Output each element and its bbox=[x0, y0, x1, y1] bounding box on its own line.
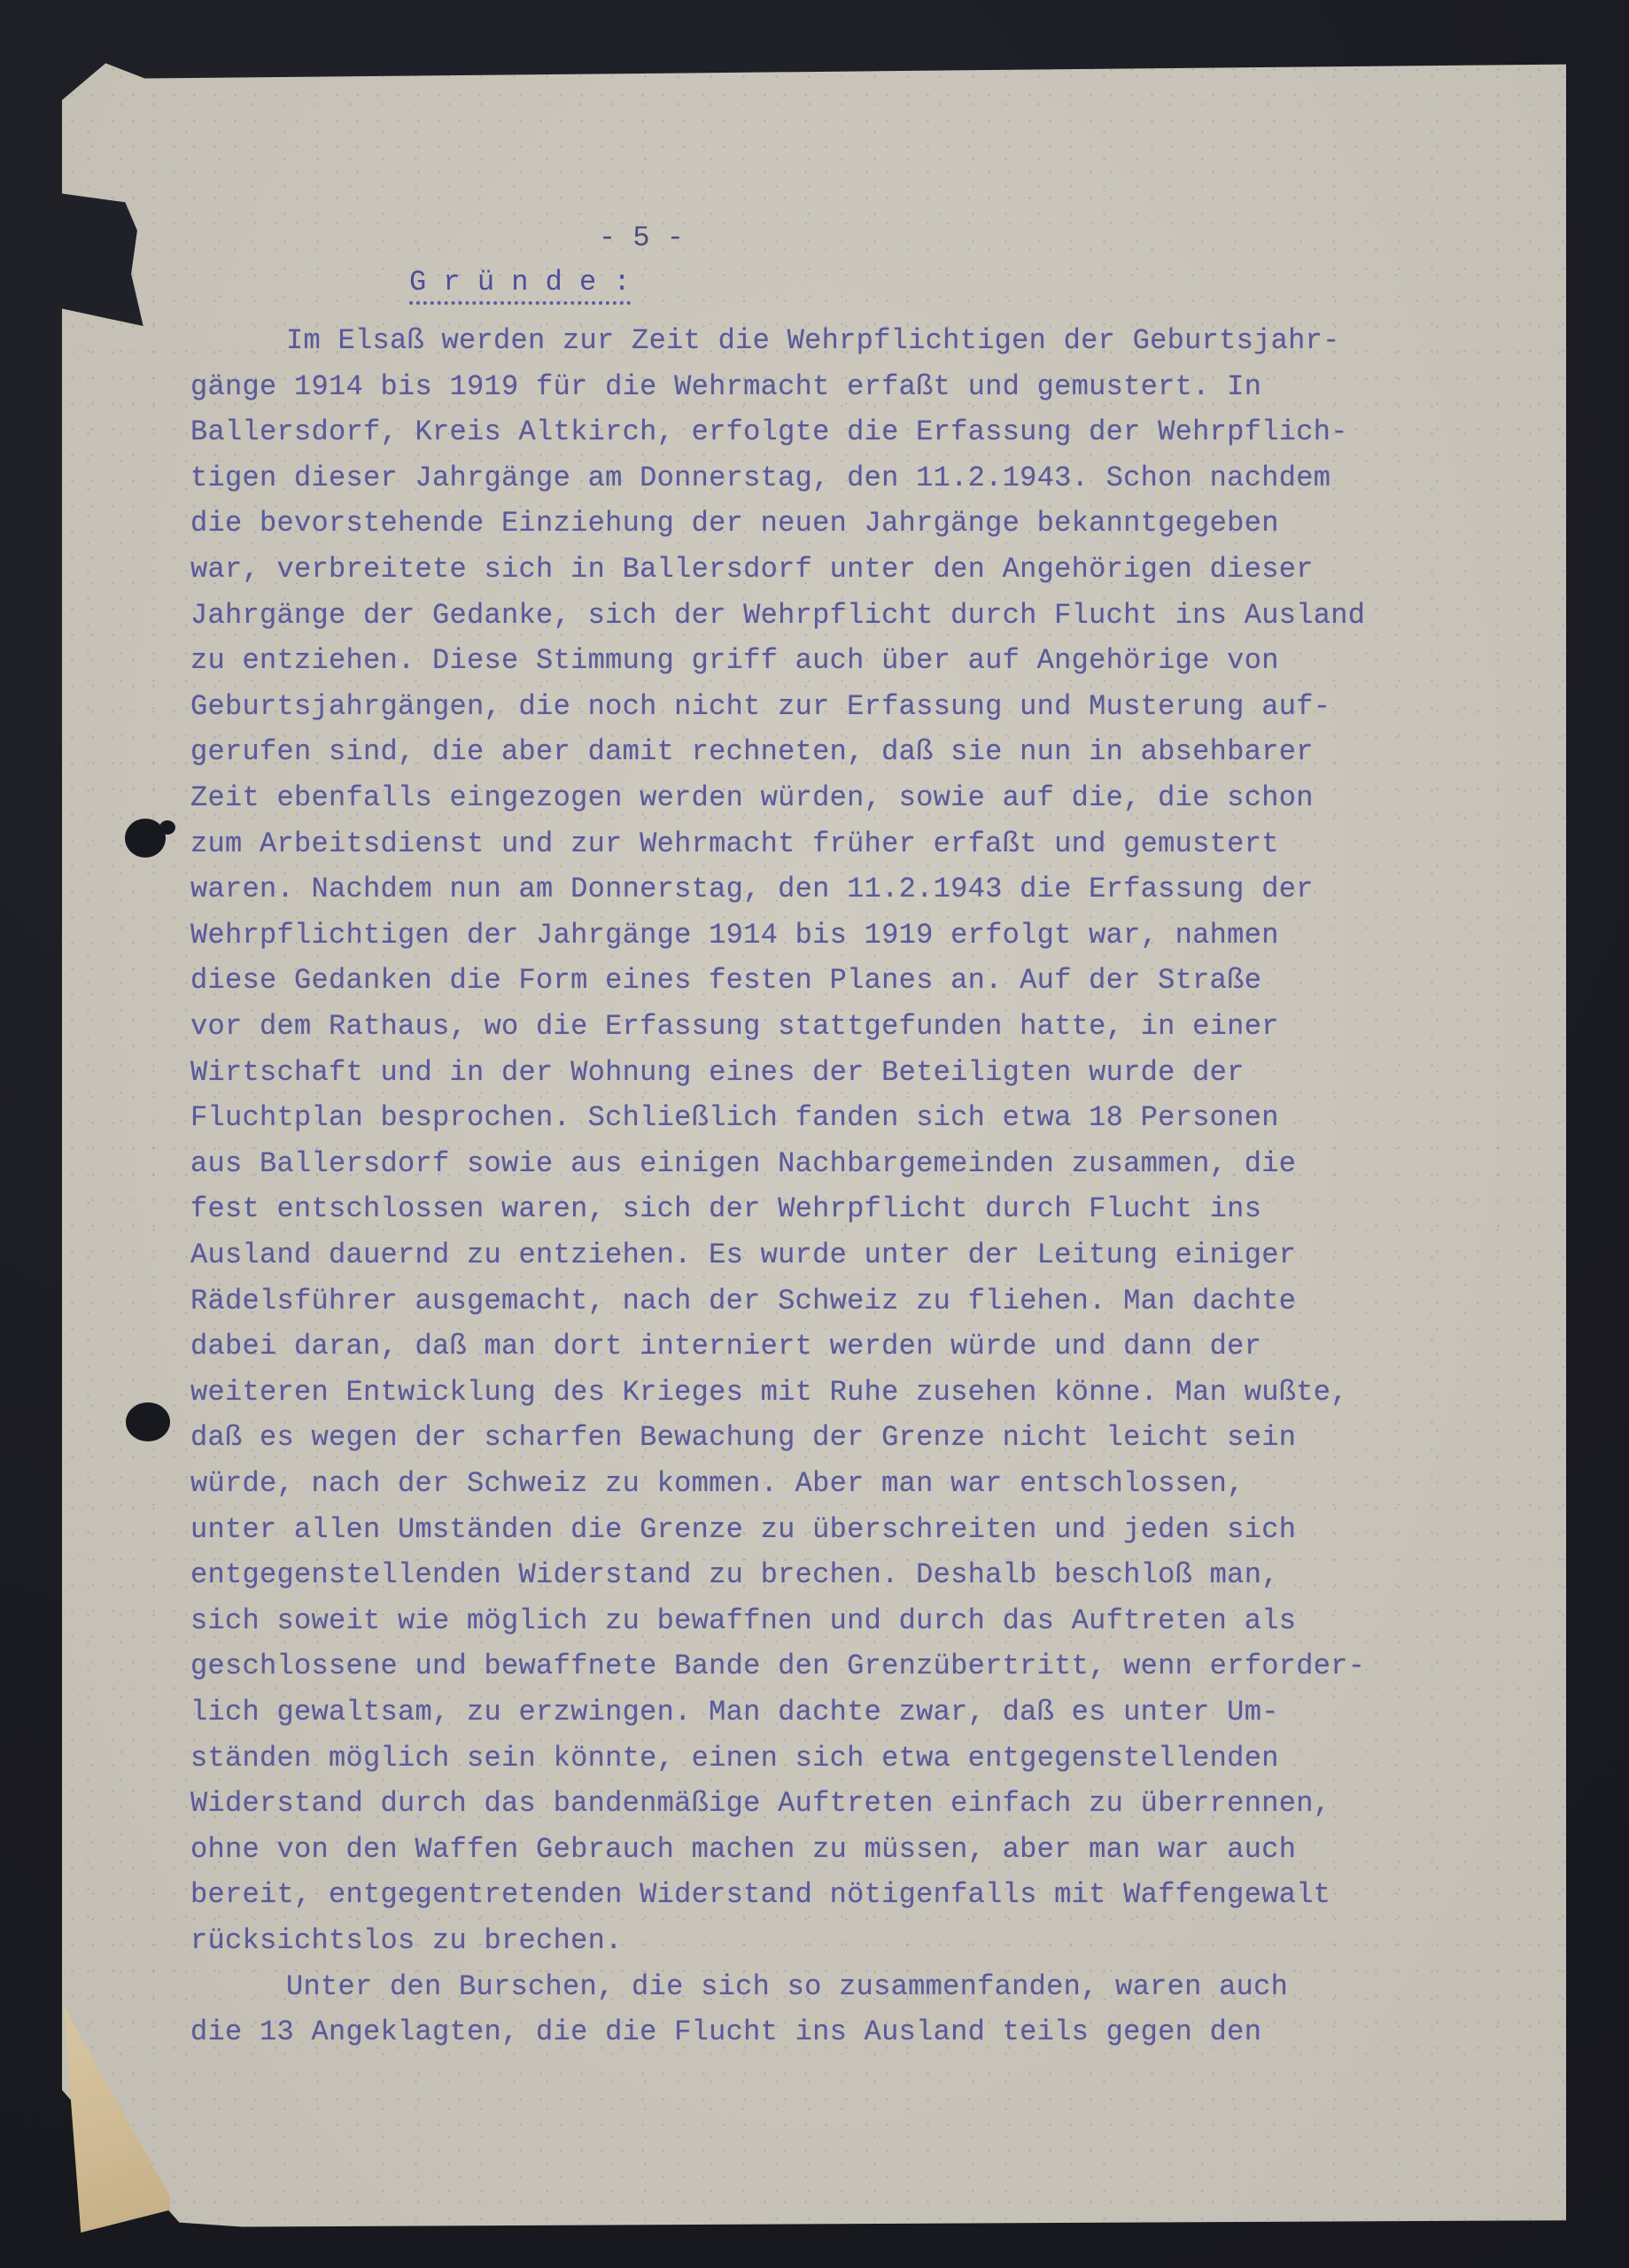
text-line: Ausland dauernd zu entziehen. Es wurde u… bbox=[190, 1238, 1296, 1273]
text-line: Geburtsjahrgängen, die noch nicht zur Er… bbox=[190, 689, 1330, 725]
text-line: gänge 1914 bis 1919 für die Wehrmacht er… bbox=[190, 369, 1261, 405]
text-line: unter allen Umständen die Grenze zu über… bbox=[190, 1512, 1296, 1548]
text-line: bereit, entgegentretenden Widerstand nöt… bbox=[190, 1877, 1330, 1913]
text-line: aus Ballersdorf sowie aus einigen Nachba… bbox=[190, 1146, 1296, 1182]
text-line: Zeit ebenfalls eingezogen werden würden,… bbox=[190, 781, 1314, 816]
section-heading: G r ü n d e : bbox=[409, 266, 631, 305]
text-line: zum Arbeitsdienst und zur Wehrmacht früh… bbox=[190, 827, 1279, 862]
text-line: diese Gedanken die Form eines festen Pla… bbox=[190, 963, 1261, 998]
text-line: waren. Nachdem nun am Donnerstag, den 11… bbox=[190, 872, 1314, 907]
text-line: die bevorstehende Einziehung der neuen J… bbox=[190, 506, 1279, 541]
text-line: geschlossene und bewaffnete Bande den Gr… bbox=[190, 1649, 1365, 1684]
text-line: lich gewaltsam, zu erzwingen. Man dachte… bbox=[190, 1695, 1279, 1730]
text-line: war, verbreitete sich in Ballersdorf unt… bbox=[190, 552, 1314, 587]
text-line: gerufen sind, die aber damit rechneten, … bbox=[190, 734, 1314, 770]
text-line: ständen möglich sein könnte, einen sich … bbox=[190, 1741, 1279, 1776]
text-line: fest entschlossen waren, sich der Wehrpf… bbox=[190, 1192, 1261, 1227]
text-line: Wehrpflichtigen der Jahrgänge 1914 bis 1… bbox=[190, 918, 1279, 953]
text-line: daß es wegen der scharfen Bewachung der … bbox=[190, 1420, 1296, 1456]
text-line: Im Elsaß werden zur Zeit die Wehrpflicht… bbox=[286, 323, 1340, 359]
text-line: Rädelsführer ausgemacht, nach der Schwei… bbox=[190, 1284, 1296, 1319]
text-line: Wirtschaft und in der Wohnung eines der … bbox=[190, 1055, 1245, 1091]
text-line: würde, nach der Schweiz zu kommen. Aber … bbox=[190, 1466, 1245, 1502]
text-line: entgegenstellenden Widerstand zu brechen… bbox=[190, 1557, 1279, 1593]
punch-hole-icon bbox=[126, 1402, 170, 1441]
text-line: Fluchtplan besprochen. Schließlich fande… bbox=[190, 1100, 1279, 1136]
text-line: ohne von den Waffen Gebrauch machen zu m… bbox=[190, 1832, 1296, 1868]
text-line: Jahrgänge der Gedanke, sich der Wehrpfli… bbox=[190, 598, 1365, 633]
page-number: - 5 - bbox=[0, 221, 1283, 254]
punch-hole-tear-icon bbox=[159, 820, 175, 835]
text-line: rücksichtslos zu brechen. bbox=[190, 1923, 623, 1959]
text-line: Unter den Burschen, die sich so zusammen… bbox=[286, 1969, 1288, 2005]
text-line: tigen dieser Jahrgänge am Donnerstag, de… bbox=[190, 461, 1330, 496]
text-line: vor dem Rathaus, wo die Erfassung stattg… bbox=[190, 1009, 1279, 1045]
text-line: die 13 Angeklagten, die die Flucht ins A… bbox=[190, 2015, 1261, 2050]
text-line: zu entziehen. Diese Stimmung griff auch … bbox=[190, 643, 1279, 679]
text-line: dabei daran, daß man dort interniert wer… bbox=[190, 1329, 1261, 1364]
text-line: sich soweit wie möglich zu bewaffnen und… bbox=[190, 1604, 1296, 1639]
text-line: weiteren Entwicklung des Krieges mit Ruh… bbox=[190, 1375, 1348, 1410]
text-line: Widerstand durch das bandenmäßige Auftre… bbox=[190, 1786, 1330, 1821]
text-line: Ballersdorf, Kreis Altkirch, erfolgte di… bbox=[190, 415, 1348, 450]
